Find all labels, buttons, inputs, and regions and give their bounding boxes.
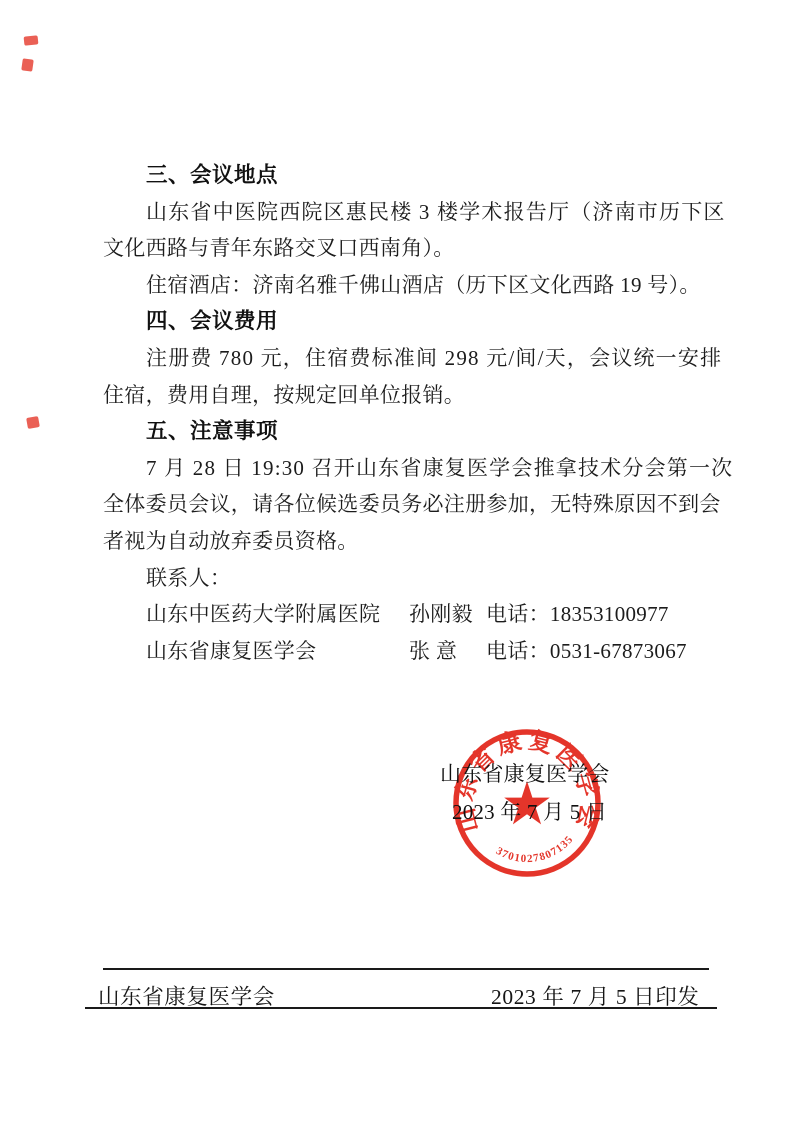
contact-row: 山东省康复医学会 张 意 电话：0531-67873067 [103, 633, 703, 670]
doc-line: 者视为自动放弃委员资格。 [103, 523, 703, 560]
doc-line: 全体委员会议，请各位候选委员务必注册参加，无特殊原因不到会 [103, 486, 703, 523]
signing-date: 2023 年 7 月 5 日 [452, 796, 607, 826]
section-heading-venue: 三、会议地点 [103, 157, 703, 194]
footer-rule-bottom [85, 1007, 717, 1009]
contact-row: 山东中医药大学附属医院 孙刚毅 电话：18353100977 [103, 596, 703, 633]
contact-label: 联系人： [103, 560, 703, 597]
footer-rule-top [103, 968, 709, 970]
contact-phone: 电话：0531-67873067 [486, 633, 687, 670]
doc-line: 7 月 28 日 19:30 召开山东省康复医学会推拿技术分会第一次 [103, 450, 703, 487]
section-heading-notes: 五、注意事项 [103, 413, 703, 450]
section-heading-fees: 四、会议费用 [103, 303, 703, 340]
red-scan-mark [21, 58, 34, 71]
red-scan-mark [24, 35, 39, 45]
contact-org: 山东中医药大学附属医院 [146, 596, 409, 633]
doc-line: 住宿，费用自理，按规定回单位报销。 [103, 377, 703, 414]
contact-name: 张 意 [409, 633, 486, 670]
document-body: 三、会议地点 山东省中医院西院区惠民楼 3 楼学术报告厅（济南市历下区 文化西路… [103, 157, 703, 669]
signing-org: 山东省康复医学会 [440, 758, 610, 788]
doc-line: 山东省中医院西院区惠民楼 3 楼学术报告厅（济南市历下区 [103, 194, 703, 231]
doc-line: 注册费 780 元，住宿费标准间 298 元/间/天，会议统一安排 [103, 340, 703, 377]
doc-line: 住宿酒店：济南名雅千佛山酒店（历下区文化西路 19 号）。 [103, 267, 703, 304]
document-page: 三、会议地点 山东省中医院西院区惠民楼 3 楼学术报告厅（济南市历下区 文化西路… [0, 0, 793, 1123]
doc-line: 文化西路与青年东路交叉口西南角）。 [103, 230, 703, 267]
contact-phone: 电话：18353100977 [486, 596, 669, 633]
contact-name: 孙刚毅 [409, 596, 486, 633]
red-scan-mark [26, 416, 40, 429]
contact-org: 山东省康复医学会 [146, 633, 409, 670]
